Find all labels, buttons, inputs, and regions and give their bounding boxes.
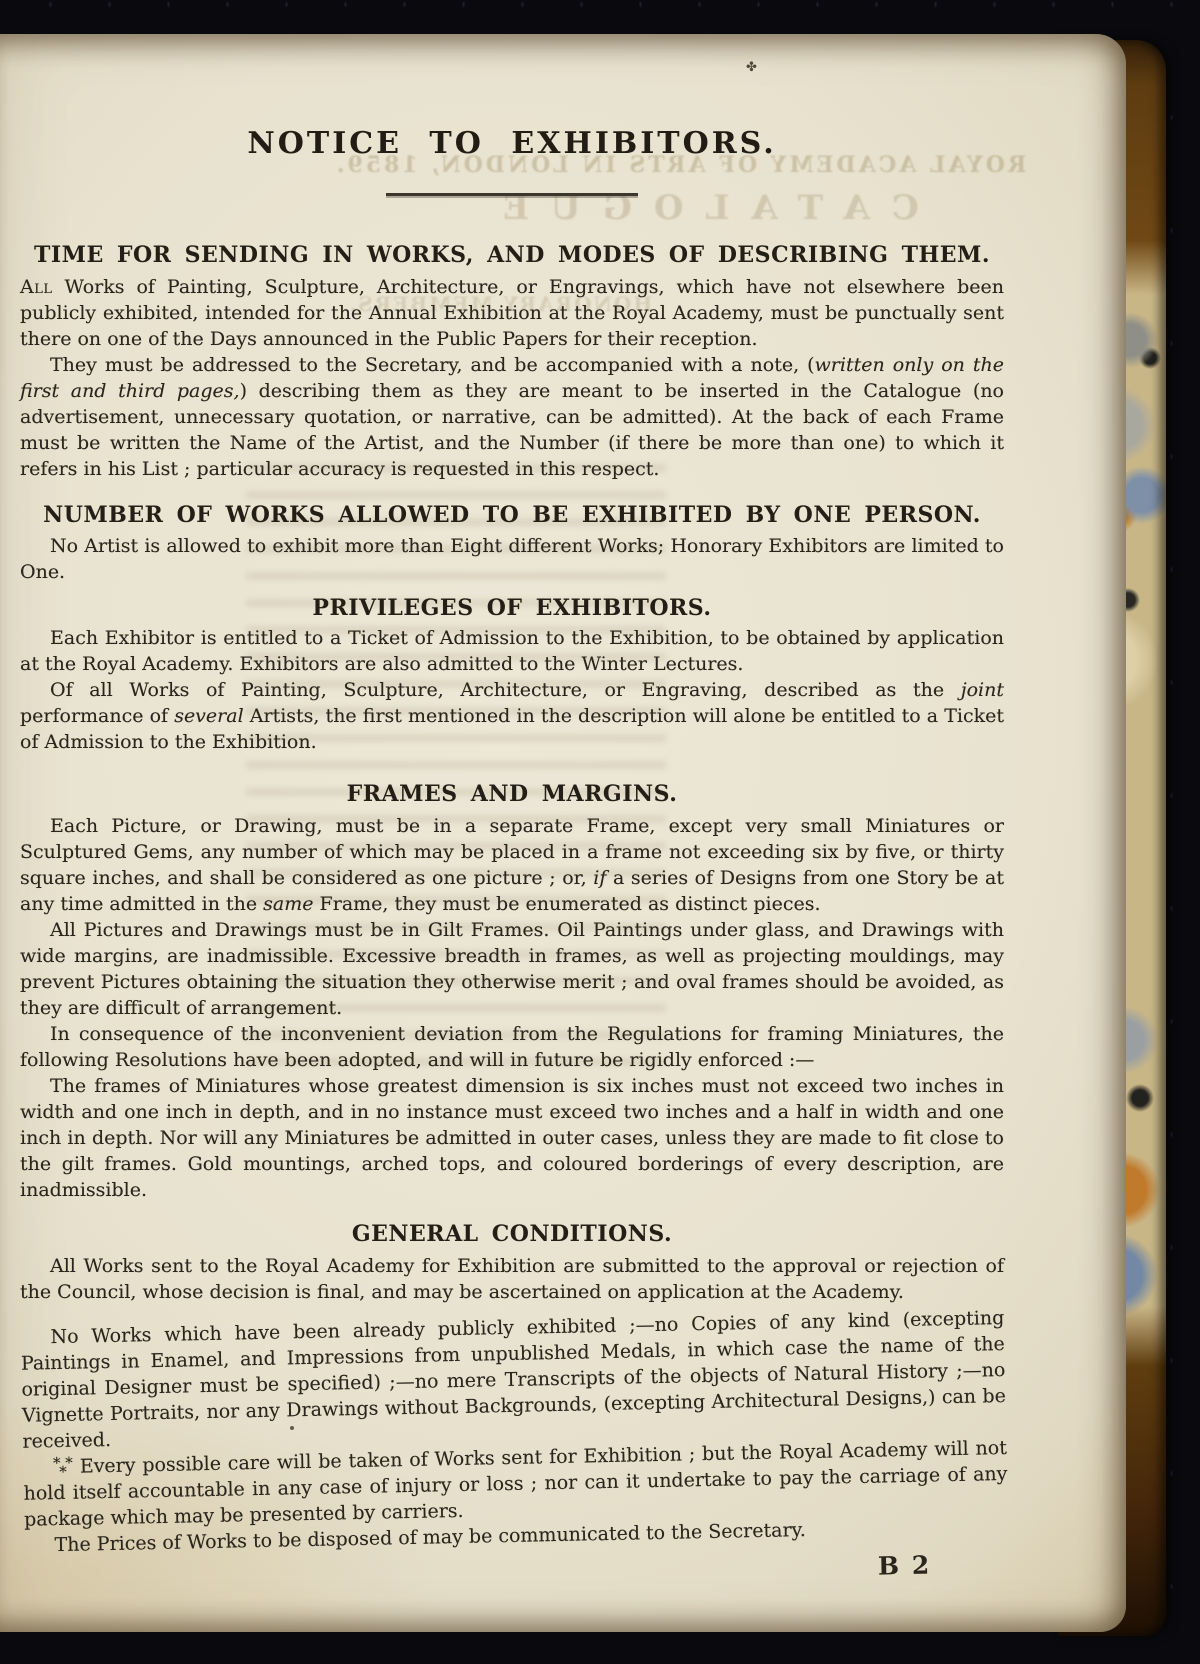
page-content: NOTICE TO EXHIBITORS. TIME FOR SENDING I… [0, 34, 1126, 1578]
asterism-mark: * ** [53, 1459, 73, 1477]
section-heading-frames-margins: FRAMES AND MARGINS. [20, 781, 1004, 807]
paper-speck [290, 1426, 294, 1430]
section-heading-privileges: PRIVILEGES OF EXHIBITORS. [20, 595, 1004, 621]
page-scan: ✤ ROYAL ACADEMY OF ARTS IN LONDON, 1859.… [0, 34, 1126, 1632]
paragraph-addressed-to-secretary: They must be addressed to the Secretary,… [20, 352, 1004, 482]
paragraph-miniature-frame-limits: The frames of Miniatures whose greatest … [20, 1073, 1004, 1203]
paragraph-approval-of-council: All Works sent to the Royal Academy for … [20, 1253, 1004, 1305]
photographed-book-scene: { "page": { "title": "NOTICE TO EXHIBITO… [0, 0, 1200, 1664]
tilted-lower-block: No Works which have been already publicl… [20, 1305, 1009, 1598]
section-heading-general-conditions: GENERAL CONDITIONS. [20, 1221, 1004, 1247]
paragraph-eight-works-limit: No Artist is allowed to exhibit more tha… [20, 533, 1004, 585]
paragraph-framing-miniatures: In consequence of the inconvenient devia… [20, 1021, 1004, 1073]
signature-row: B 2 [25, 1549, 1009, 1598]
paragraph-gilt-frames: All Pictures and Drawings must be in Gil… [20, 917, 1004, 1021]
signature-mark: B 2 [878, 1551, 932, 1581]
section-heading-number-of-works: NUMBER OF WORKS ALLOWED TO BE EXHIBITED … [20, 502, 1004, 528]
page-title: NOTICE TO EXHIBITORS. [20, 126, 1004, 161]
paragraph-separate-frame: Each Picture, or Drawing, must be in a s… [20, 813, 1004, 917]
paragraph-joint-performance: Of all Works of Painting, Sculpture, Arc… [20, 677, 1004, 755]
section-heading-time-for-sending: TIME FOR SENDING IN WORKS, AND MODES OF … [20, 242, 1004, 268]
paragraph-all-works: All Works of Painting, Sculpture, Archit… [20, 274, 1004, 352]
paragraph-ticket-of-admission: Each Exhibitor is entitled to a Ticket o… [20, 625, 1004, 677]
title-rule [386, 193, 638, 196]
paragraph-no-works-already-exhibited: No Works which have been already publicl… [20, 1305, 1006, 1455]
